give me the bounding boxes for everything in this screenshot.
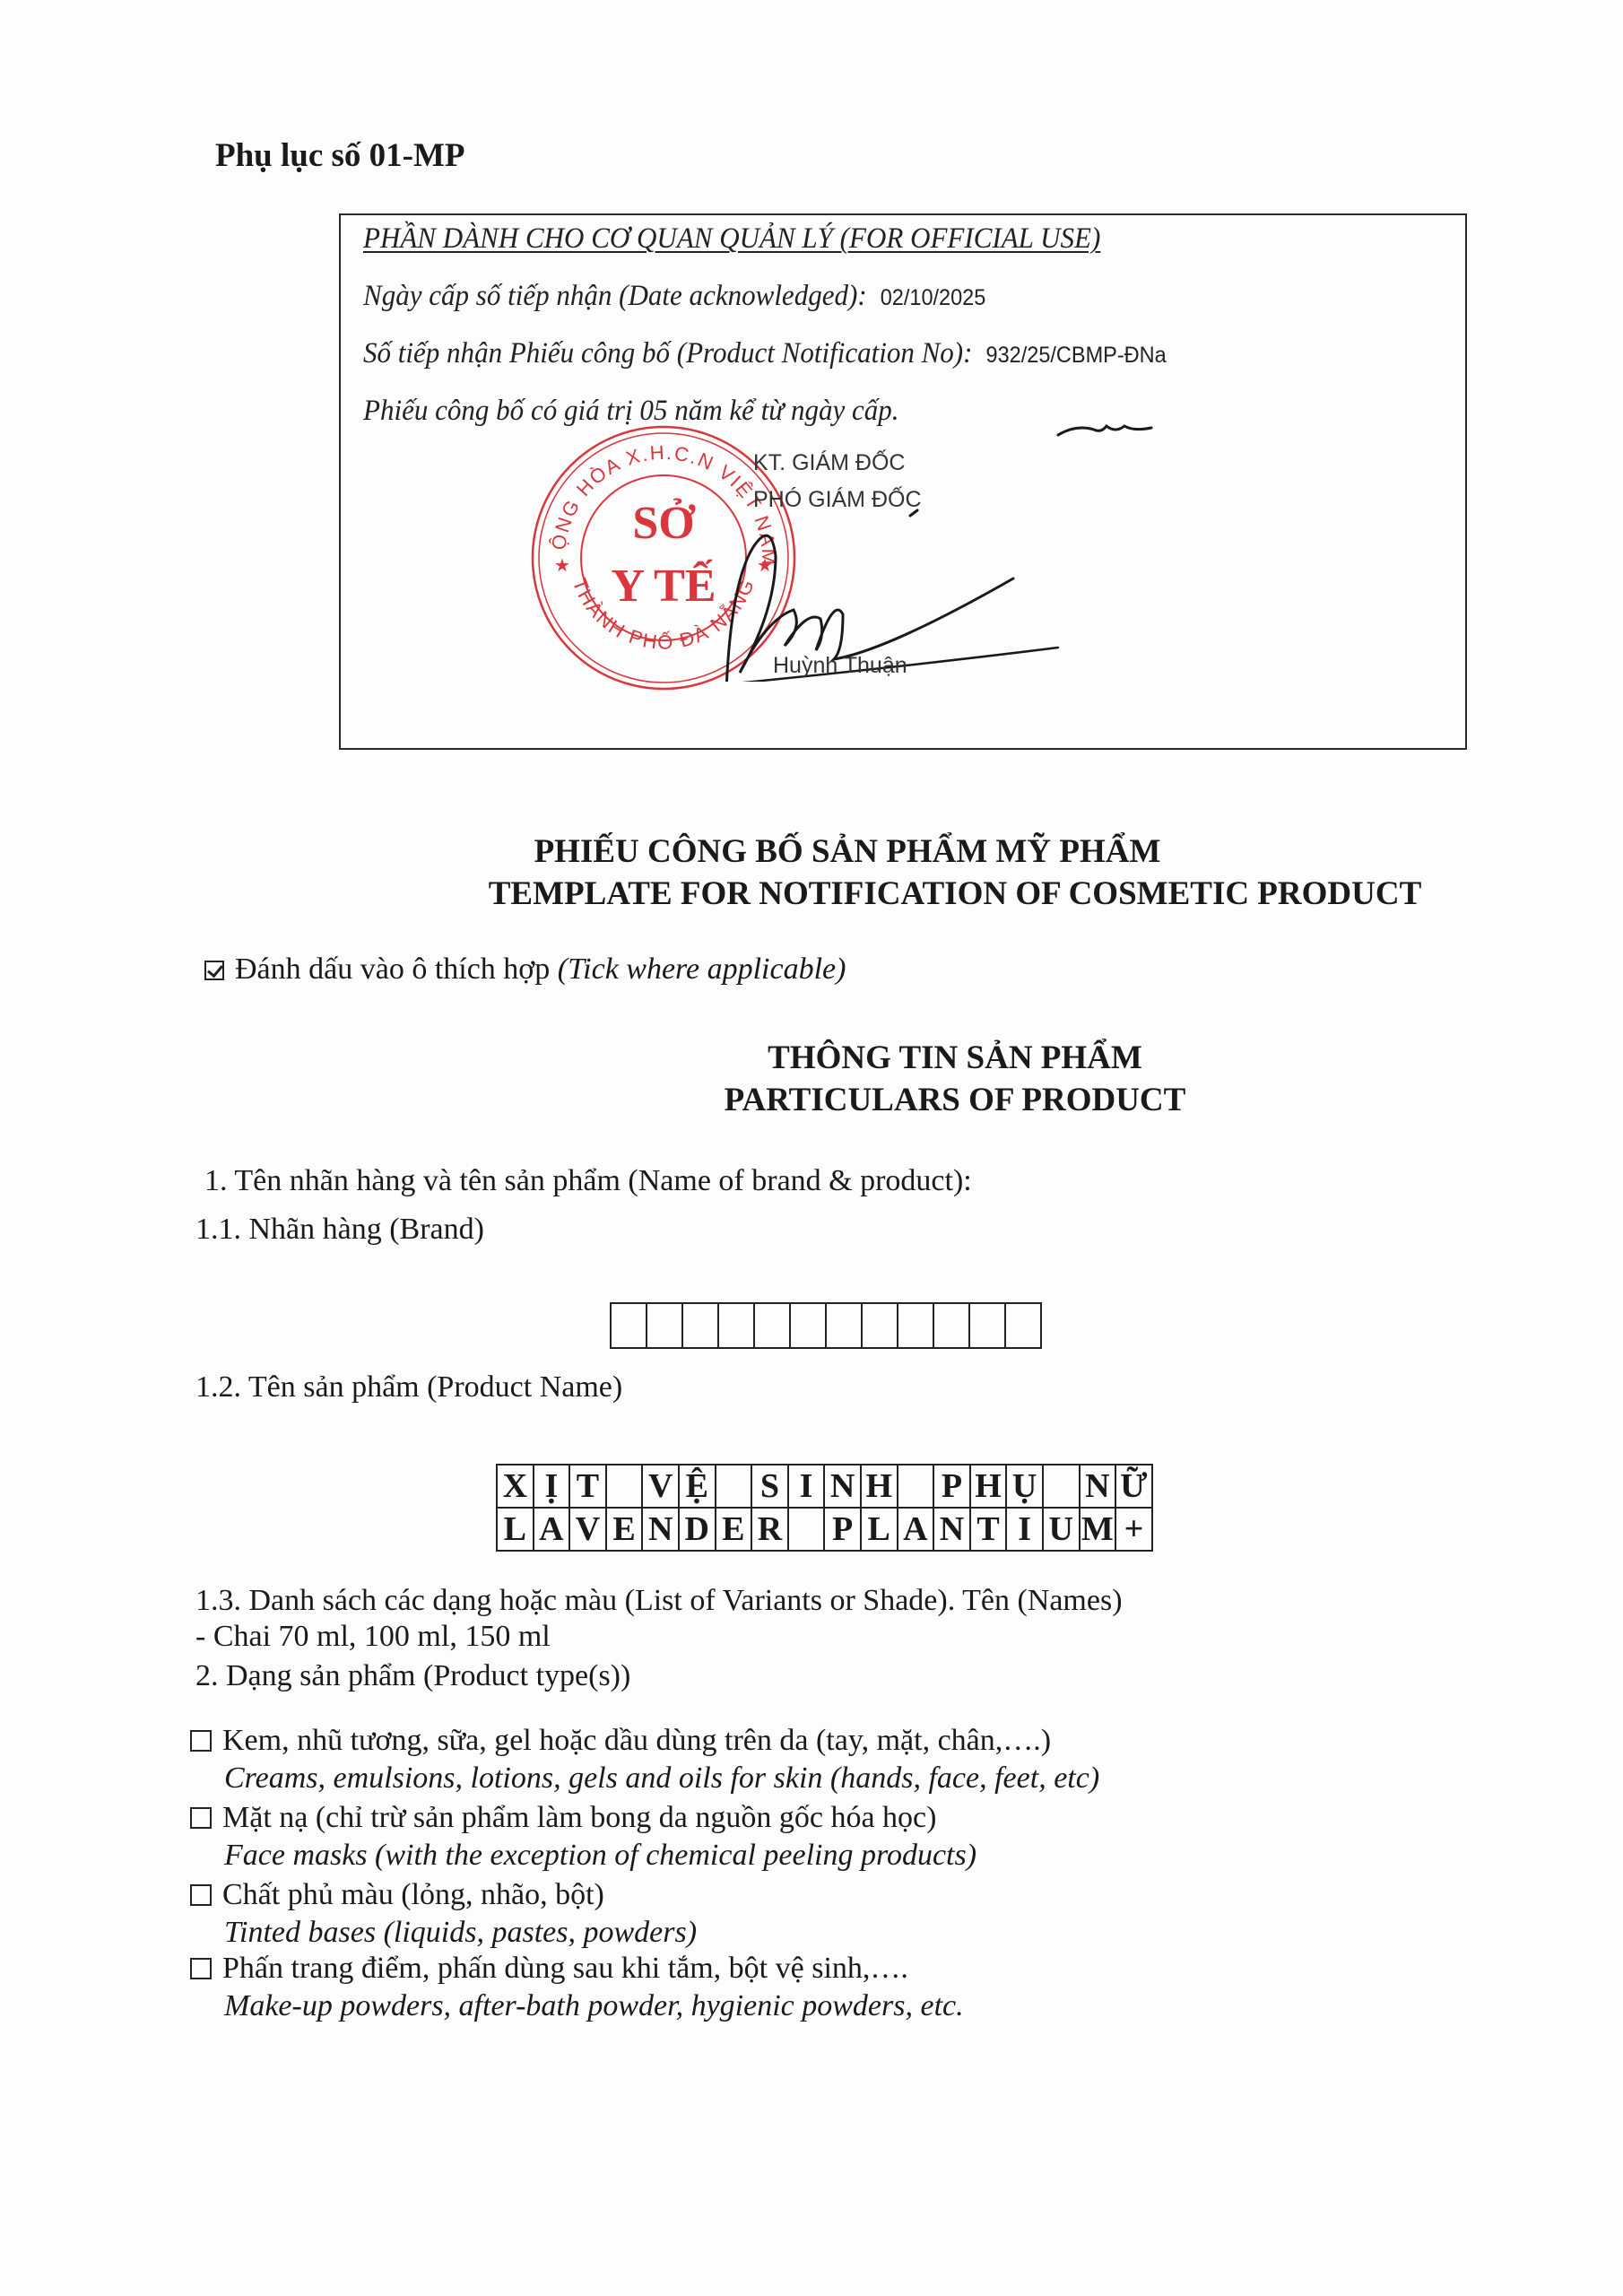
product-name-cell: I xyxy=(788,1465,825,1508)
product-name-cell: L xyxy=(497,1508,534,1551)
item-2-product-type-label: 2. Dạng sản phẩm (Product type(s)) xyxy=(195,1659,630,1693)
product-name-cell xyxy=(898,1465,934,1508)
notification-no-value: 932/25/CBMP-ĐNa xyxy=(986,343,1167,368)
brand-cell[interactable] xyxy=(754,1303,790,1348)
product-name-cell: T xyxy=(970,1508,1007,1551)
star-icon: ★ xyxy=(554,556,570,576)
item-1-heading: 1. Tên nhãn hàng và tên sản phẩm (Name o… xyxy=(204,1164,972,1198)
product-name-cell: X xyxy=(497,1465,534,1508)
product-type-option[interactable]: Chất phủ màu (lỏng, nhão, bột) xyxy=(190,1878,604,1912)
product-name-cell: D xyxy=(679,1508,716,1551)
product-type-label-vi: Kem, nhũ tương, sữa, gel hoặc dầu dùng t… xyxy=(222,1724,1051,1757)
product-name-cell: Ữ xyxy=(1115,1465,1152,1508)
product-name-cell: V xyxy=(569,1508,606,1551)
brand-cell[interactable] xyxy=(933,1303,969,1348)
product-name-grid: XỊTVỆSINHPHỤNỮLAVENDERPLANTIUM+ xyxy=(496,1464,1153,1552)
product-type-option[interactable]: Phấn trang điểm, phấn dùng sau khi tắm, … xyxy=(190,1952,908,1986)
date-acknowledged-value: 02/10/2025 xyxy=(881,285,986,310)
brand-cell[interactable] xyxy=(898,1303,933,1348)
checkbox-icon[interactable] xyxy=(190,1730,212,1752)
tick-instruction: Đánh dấu vào ô thích hợp (Tick where app… xyxy=(204,952,846,987)
product-name-cell: A xyxy=(898,1508,934,1551)
product-name-cell: S xyxy=(751,1465,788,1508)
product-name-cell: E xyxy=(716,1508,752,1551)
tick-instruction-en: (Tick where applicable) xyxy=(558,952,846,986)
stamp-center-line-1: SỞ xyxy=(632,497,696,549)
official-use-title: PHẦN DÀNH CHO CƠ QUAN QUẢN LÝ (FOR OFFIC… xyxy=(363,222,1100,256)
official-use-box: PHẦN DÀNH CHO CƠ QUAN QUẢN LÝ (FOR OFFIC… xyxy=(339,213,1467,750)
brand-cell[interactable] xyxy=(969,1303,1005,1348)
product-name-row: LAVENDERPLANTIUM+ xyxy=(497,1508,1152,1551)
product-name-cell: Ụ xyxy=(1006,1465,1043,1508)
brand-cell[interactable] xyxy=(611,1303,647,1348)
brand-cell[interactable] xyxy=(647,1303,682,1348)
product-type-label-vi: Mặt nạ (chỉ trừ sản phẩm làm bong da ngu… xyxy=(222,1801,936,1834)
title-vi: PHIẾU CÔNG BỐ SẢN PHẨM MỸ PHẨM xyxy=(36,832,1623,871)
product-name-cell xyxy=(716,1465,752,1508)
item-1-3-variants-label: 1.3. Danh sách các dạng hoặc màu (List o… xyxy=(195,1584,1123,1618)
product-type-label-en: Tinted bases (liquids, pastes, powders) xyxy=(224,1916,697,1950)
date-acknowledged-label: Ngày cấp số tiếp nhận (Date acknowledged… xyxy=(363,280,867,312)
product-name-cell: P xyxy=(933,1465,970,1508)
product-name-cell: P xyxy=(824,1508,861,1551)
brand-cell[interactable] xyxy=(718,1303,754,1348)
brand-cell[interactable] xyxy=(862,1303,898,1348)
brand-cell[interactable] xyxy=(1005,1303,1041,1348)
product-name-cell: U xyxy=(1043,1508,1080,1551)
product-name-cell: + xyxy=(1115,1508,1152,1551)
product-type-label-vi: Phấn trang điểm, phấn dùng sau khi tắm, … xyxy=(222,1952,908,1985)
section-title-vi: THÔNG TIN SẢN PHẨM xyxy=(143,1039,1623,1077)
variants-list: - Chai 70 ml, 100 ml, 150 ml xyxy=(195,1620,551,1654)
checked-box-icon xyxy=(204,961,224,980)
product-name-cell: N xyxy=(1080,1465,1116,1508)
product-type-label-en: Creams, emulsions, lotions, gels and oil… xyxy=(224,1761,1099,1796)
brand-grid xyxy=(610,1302,1042,1349)
product-type-label-vi: Chất phủ màu (lỏng, nhão, bột) xyxy=(222,1878,604,1911)
item-1-1-brand-label: 1.1. Nhãn hàng (Brand) xyxy=(195,1213,484,1247)
checkbox-icon[interactable] xyxy=(190,1958,212,1979)
product-name-cell: L xyxy=(861,1508,898,1551)
product-name-cell: Ị xyxy=(534,1465,570,1508)
notification-no-row: Số tiếp nhận Phiếu công bố (Product Noti… xyxy=(363,337,1167,370)
product-type-label-en: Face masks (with the exception of chemic… xyxy=(224,1839,976,1873)
brand-cell[interactable] xyxy=(682,1303,718,1348)
product-name-cell: V xyxy=(642,1465,679,1508)
signature-mark xyxy=(699,395,1237,682)
product-name-cell: H xyxy=(970,1465,1007,1508)
tick-instruction-vi: Đánh dấu vào ô thích hợp xyxy=(235,952,550,986)
product-type-option[interactable]: Mặt nạ (chỉ trừ sản phẩm làm bong da ngu… xyxy=(190,1801,936,1835)
appendix-label: Phụ lục số 01-MP xyxy=(215,136,465,175)
product-name-cell: N xyxy=(933,1508,970,1551)
date-acknowledged-row: Ngày cấp số tiếp nhận (Date acknowledged… xyxy=(363,280,985,313)
product-name-cell: A xyxy=(534,1508,570,1551)
checkbox-icon[interactable] xyxy=(190,1807,212,1829)
product-name-cell: R xyxy=(751,1508,788,1551)
brand-cell[interactable] xyxy=(826,1303,862,1348)
signatory-name: Huỳnh Thuận xyxy=(773,653,907,679)
product-type-label-en: Make-up powders, after-bath powder, hygi… xyxy=(224,1989,964,2023)
product-name-cell: H xyxy=(861,1465,898,1508)
product-name-cell: I xyxy=(1006,1508,1043,1551)
item-1-2-product-name-label: 1.2. Tên sản phẩm (Product Name) xyxy=(195,1370,622,1405)
checkbox-icon[interactable] xyxy=(190,1884,212,1906)
product-name-cell: E xyxy=(606,1508,643,1551)
section-title-en: PARTICULARS OF PRODUCT xyxy=(143,1081,1623,1119)
title-en: TEMPLATE FOR NOTIFICATION OF COSMETIC PR… xyxy=(143,874,1623,913)
notification-no-label: Số tiếp nhận Phiếu công bố (Product Noti… xyxy=(363,337,972,370)
product-type-option[interactable]: Kem, nhũ tương, sữa, gel hoặc dầu dùng t… xyxy=(190,1724,1051,1758)
product-name-cell xyxy=(606,1465,643,1508)
brand-cell[interactable] xyxy=(790,1303,826,1348)
product-name-cell: M xyxy=(1080,1508,1116,1551)
product-name-cell xyxy=(1043,1465,1080,1508)
product-name-cell: N xyxy=(824,1465,861,1508)
product-name-cell: T xyxy=(569,1465,606,1508)
product-name-cell xyxy=(788,1508,825,1551)
product-name-cell: N xyxy=(642,1508,679,1551)
product-name-cell: Ệ xyxy=(679,1465,716,1508)
product-name-row: XỊTVỆSINHPHỤNỮ xyxy=(497,1465,1152,1508)
